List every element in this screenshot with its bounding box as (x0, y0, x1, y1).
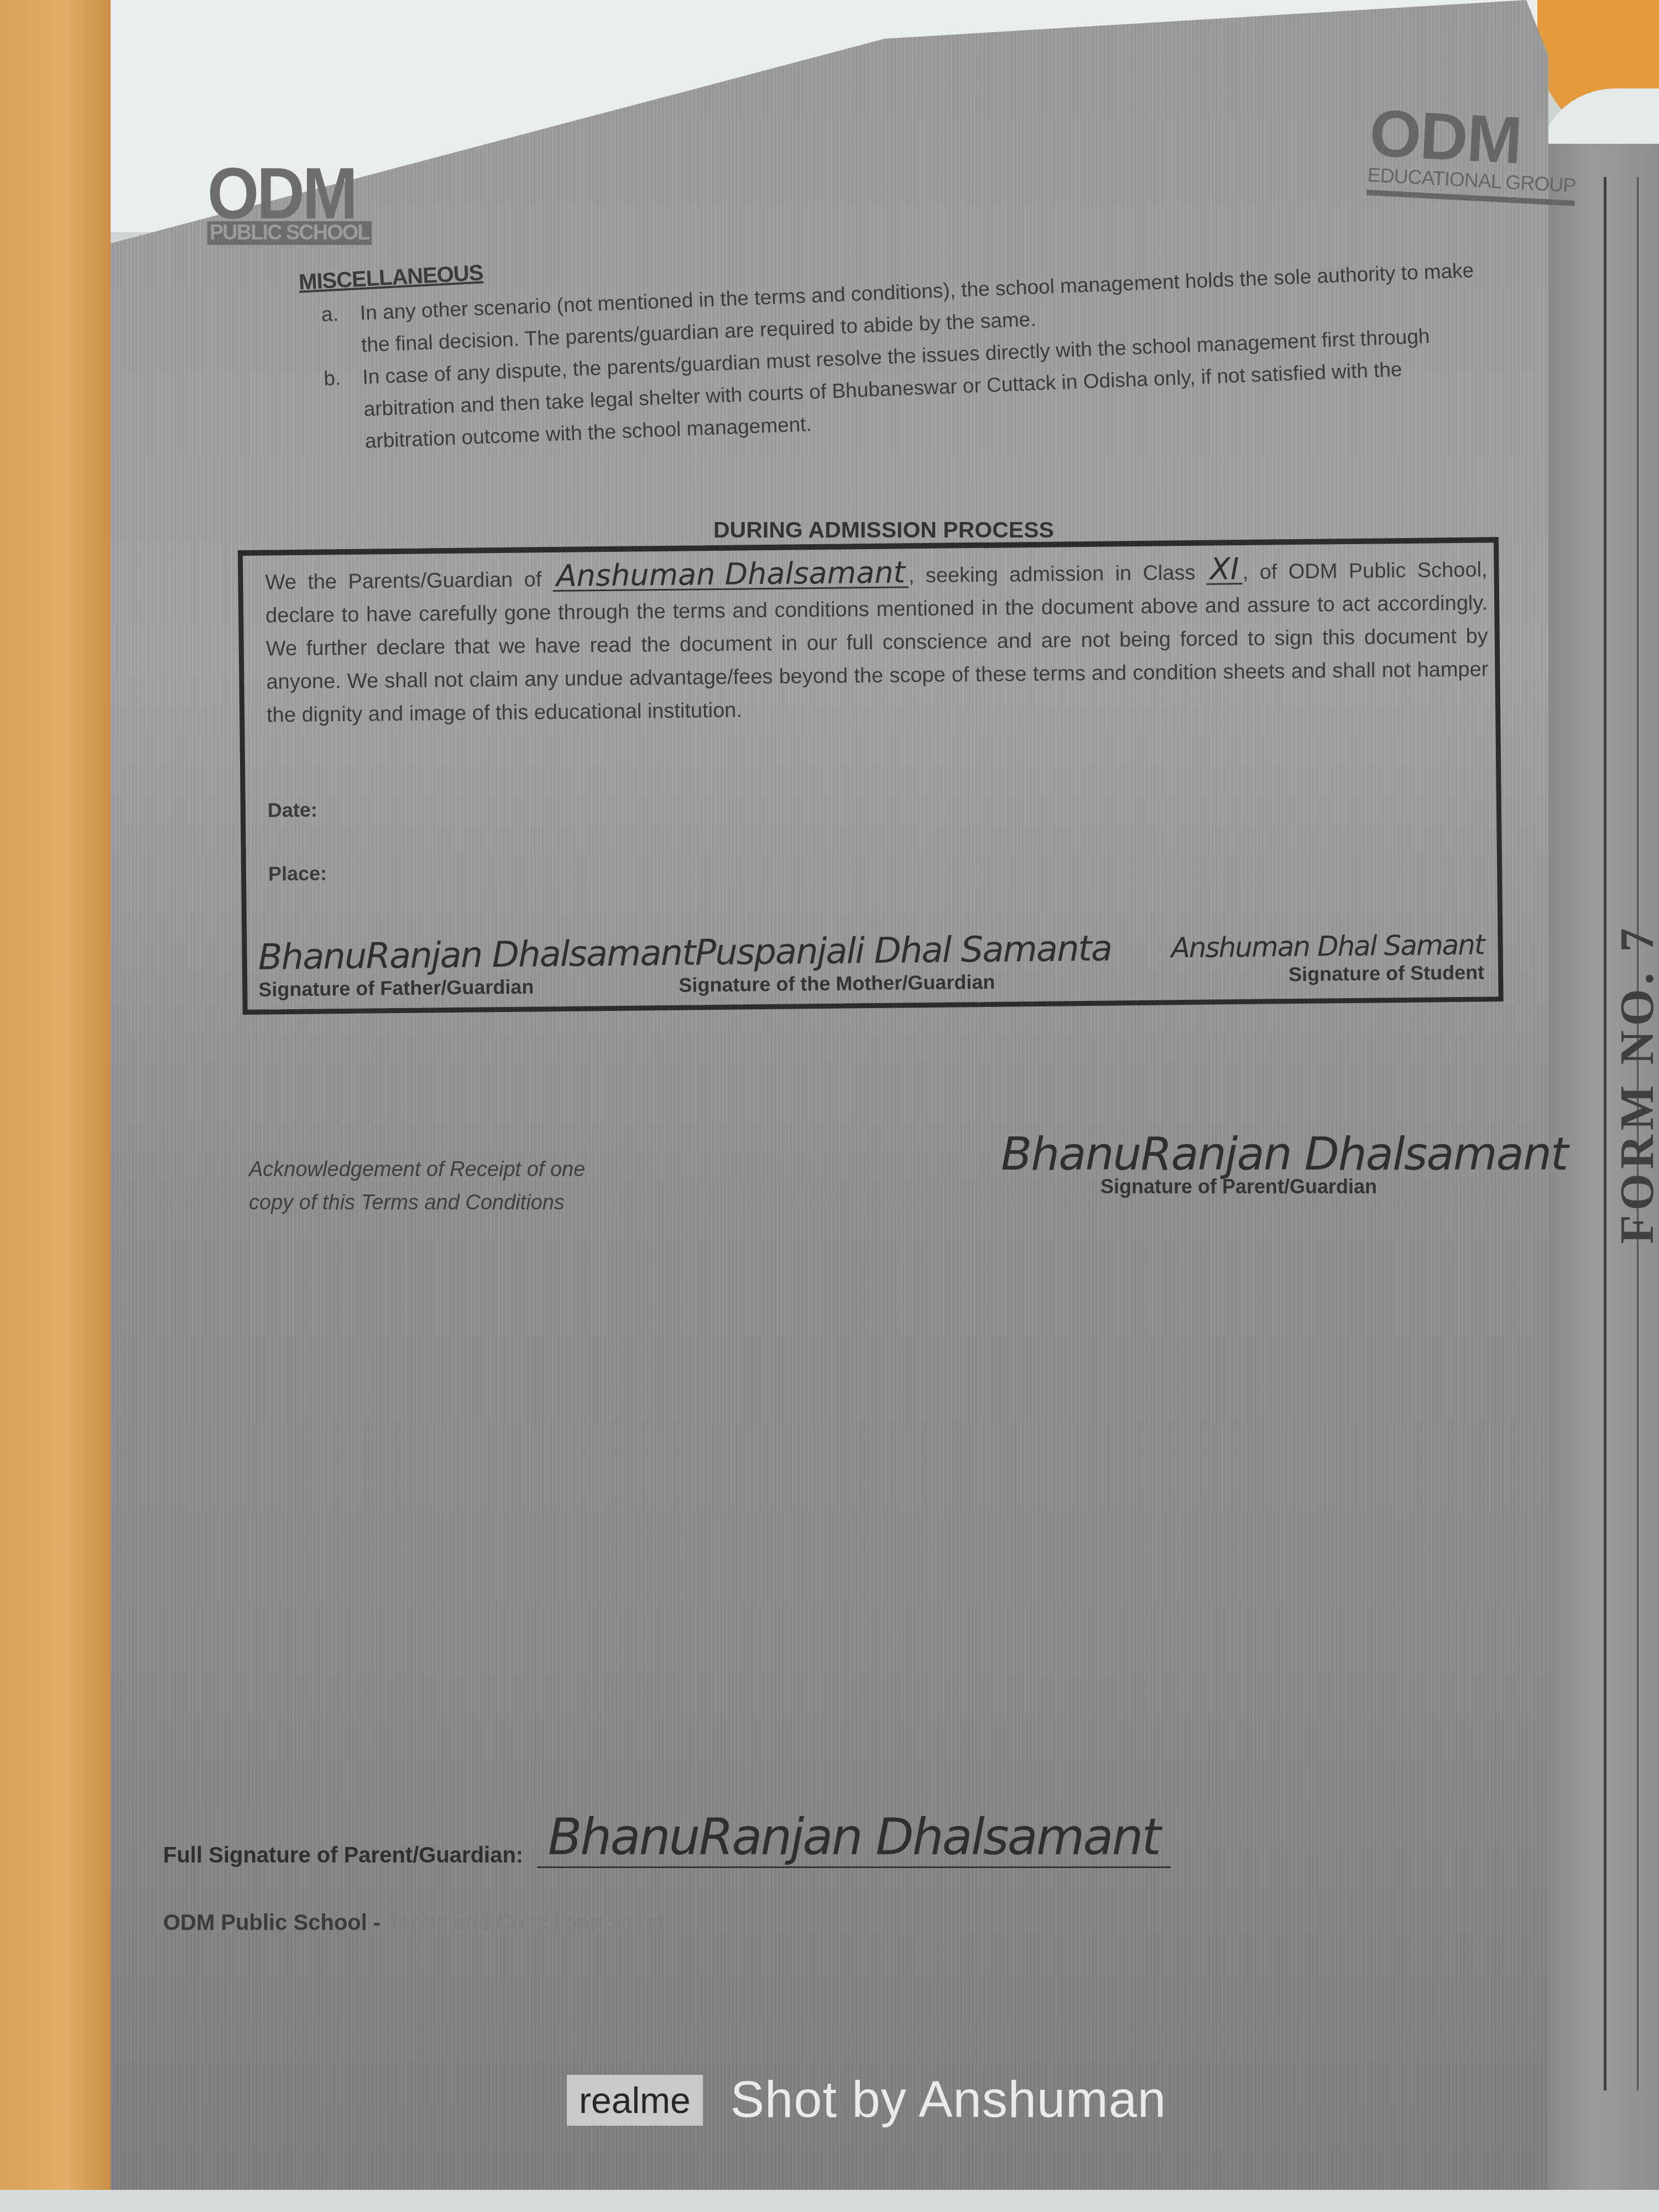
ack-line: copy of this Terms and Conditions (249, 1186, 585, 1219)
mother-signature-block: Puspanjali Dhal Samanta Signature of the… (695, 928, 1112, 997)
logo-main-text: ODM (1368, 102, 1579, 174)
mother-signature[interactable]: Puspanjali Dhal Samanta (695, 928, 1112, 973)
background-surface (0, 2190, 1659, 2212)
place-label: Place: (268, 862, 327, 885)
camera-watermark: realme Shot by Anshuman (567, 2071, 1166, 2129)
list-marker: a. (321, 298, 340, 363)
page-footer: ODM Public School - Terms and Conditions… (163, 1911, 665, 1936)
acknowledgement-text: Acknowledgement of Receipt of one copy o… (249, 1153, 585, 1219)
parent-signature[interactable]: BhanuRanjan Dhalsamant (1001, 1128, 1567, 1181)
date-label: Date: (268, 799, 317, 822)
declaration-middle: , seeking admission in Class (909, 561, 1196, 587)
signature-row: BhanuRanjan Dhalsamant Signature of Fath… (247, 924, 1498, 1009)
ack-signature-block: BhanuRanjan Dhalsamant Signature of Pare… (1001, 1128, 1567, 1198)
section-title: DURING ADMISSION PROCESS (713, 517, 1054, 543)
student-signature[interactable]: Anshuman Dhal Samant (1171, 928, 1484, 964)
page-border-line (1604, 177, 1606, 2090)
declaration-text: We the Parents/Guardian of Anshuman Dhal… (265, 552, 1489, 732)
class-field[interactable]: XI (1207, 555, 1243, 585)
full-signature-label: Full Signature of Parent/Guardian: (163, 1843, 523, 1867)
full-signature-block: Full Signature of Parent/Guardian: Bhanu… (163, 1808, 1171, 1868)
declaration-prefix: We the Parents/Guardian of (265, 568, 541, 594)
brand-logo: realme (567, 2075, 703, 2126)
form-number-label: FORM NO. 7 (1609, 924, 1659, 1244)
full-signature[interactable]: BhanuRanjan Dhalsamant (537, 1808, 1171, 1868)
student-signature-block: Anshuman Dhal Samant Signature of Studen… (1171, 928, 1484, 987)
logo-main-text: ODM (207, 163, 372, 224)
footer-doc-title: Terms and Conditions Sheet (387, 1911, 665, 1935)
father-signature[interactable]: BhanuRanjan Dhalsamant (258, 932, 695, 978)
school-logo: ODM PUBLIC SCHOOL (207, 166, 372, 245)
ack-line: Acknowledgement of Receipt of one (249, 1153, 585, 1186)
signature-label: Signature of Student (1171, 961, 1484, 987)
student-name-field[interactable]: Anshuman Dhalsamant (552, 559, 909, 592)
signature-label: Signature of Father/Guardian (258, 973, 695, 1001)
watermark-text: Shot by Anshuman (731, 2071, 1166, 2129)
group-logo: ODM EDUCATIONAL GROUP (1366, 102, 1579, 206)
declaration-box: We the Parents/Guardian of Anshuman Dhal… (238, 537, 1504, 1015)
list-marker: b. (323, 362, 343, 459)
signature-label: Signature of the Mother/Guardian (679, 969, 1112, 997)
footer-school: ODM Public School - (163, 1911, 387, 1935)
father-signature-block: BhanuRanjan Dhalsamant Signature of Fath… (258, 932, 695, 1001)
